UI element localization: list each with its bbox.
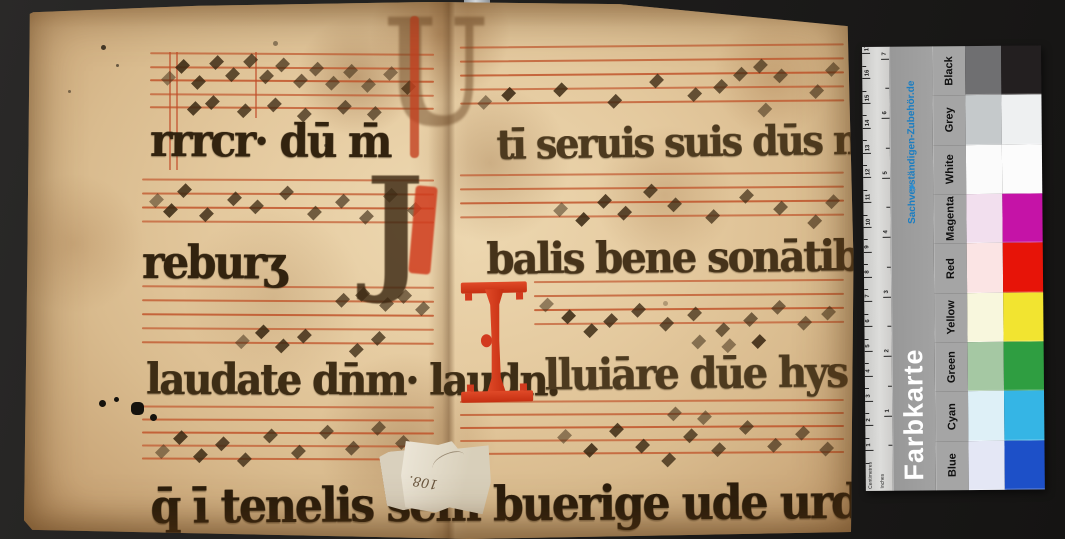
ruler-number-cm: 7 [865, 295, 871, 298]
swatch-full [1004, 391, 1044, 441]
swatch-tint [968, 440, 1005, 490]
swatch-row: Yellow [934, 292, 1043, 342]
ruler-tick-cm [865, 401, 873, 402]
ruler-number-cm: 16 [865, 70, 871, 77]
ruler-number-cm: 1 [866, 443, 872, 446]
swatch-full [1002, 95, 1042, 145]
ruler-tick-cm [865, 425, 873, 426]
swatch-label: Cyan [935, 391, 968, 441]
ruler-number-inch: 2 [885, 349, 891, 352]
swatch-row: Grey [932, 95, 1041, 145]
ruler-tick-cm [865, 376, 873, 377]
swatch-label: Magenta [933, 194, 966, 244]
ruler-tick-inch [883, 356, 891, 357]
swatch-label-text: Black [943, 56, 955, 85]
swatch-full [1003, 243, 1043, 293]
ruler-tick-cm [864, 277, 872, 278]
swatch-label: Blue [935, 441, 968, 491]
ruler-tick-inch [881, 58, 889, 59]
ruler-tick-half-cm [865, 388, 869, 389]
ruler-number-cm: 13 [865, 144, 871, 151]
swatch-full [1004, 341, 1044, 391]
swatch-label-text: Grey [943, 108, 955, 133]
swatch-row: Magenta [933, 193, 1042, 243]
ruler-number-cm: 6 [865, 319, 871, 322]
ruler-number-cm: 4 [865, 369, 871, 372]
swatch-full [1004, 292, 1044, 342]
ruler-number-cm: 14 [865, 119, 871, 126]
ruler-tick-cm [866, 450, 874, 451]
ruler-tick-cm [864, 301, 872, 302]
ruler-number-cm: 9 [864, 245, 870, 248]
ruler-tick-half-cm [865, 363, 869, 364]
ink-blots [24, 2, 27, 5]
swatch-row: Black [932, 45, 1041, 95]
ruler-number-cm: 2 [866, 419, 872, 422]
ruler-tick-cm [863, 128, 871, 129]
ruler-tick-half-cm [865, 438, 869, 439]
swatch-full [1003, 193, 1043, 243]
swatch-row: Red [934, 243, 1043, 293]
swatch-label-text: Magenta [944, 197, 956, 242]
ruler-tick-half-cm [863, 115, 867, 116]
ruler-tick-half-cm [864, 239, 868, 240]
ruler-number-cm: 5 [865, 344, 871, 347]
ruler-tick-half-cm [862, 91, 866, 92]
ruler-number-cm: 3 [866, 394, 872, 397]
ruler-unit-centimetres: Centimetres [868, 462, 874, 489]
swatch-full [1001, 45, 1041, 95]
swatch-tint [966, 243, 1003, 293]
ruler-tick-inch [882, 237, 890, 238]
ruler-tick-half-cm [863, 190, 867, 191]
ruler-tick-cm [864, 227, 872, 228]
ruler-tick-half-cm [863, 215, 867, 216]
swatch-label-text: Red [945, 258, 957, 279]
photograph-scene: rrrcr· dū m̄ tī seruis suis dūs nose reb… [0, 0, 1065, 539]
ruler-tick-inch [881, 118, 889, 119]
swatch-label: Yellow [934, 293, 967, 343]
ruler-tick-cm [864, 252, 872, 253]
ruler-number-cm: 10 [866, 219, 872, 226]
swatch-label: Black [932, 46, 965, 96]
ruler-tick-inch [883, 296, 891, 297]
ruler-number-inch: 1 [885, 409, 891, 412]
ruler-tick-cm [865, 351, 873, 352]
ruler-number-cm: 17 [864, 47, 870, 52]
ruler-tick-half-cm [864, 264, 868, 265]
edge-shading [24, 2, 856, 539]
swatch-row: Blue [935, 440, 1044, 490]
swatch-label: White [933, 145, 966, 195]
ruler-number-inch: 3 [884, 290, 890, 293]
ruler-tick-half-cm [866, 463, 870, 464]
ruler-tick-inch [882, 177, 890, 178]
ruler-tick-half-cm [864, 314, 868, 315]
swatch-row: Green [935, 341, 1044, 391]
ruler-tick-half-cm [862, 66, 866, 67]
swatch-row: Cyan [935, 391, 1044, 441]
swatch-label: Red [934, 243, 967, 293]
ruler-number-cm: 11 [865, 194, 871, 200]
ruler-tick-inch [884, 415, 892, 416]
ruler-number-cm: 12 [865, 169, 871, 176]
ruler-unit-inches: Inches [880, 474, 886, 489]
ruler-number-inch: 7 [882, 52, 888, 55]
ruler-tick-cm [862, 78, 870, 79]
card-middle-strip: Sachverständigen-Zubehör.de ➤ Farbkarte [889, 46, 936, 490]
swatch-label-text: Green [945, 351, 957, 383]
ruler-tick-half-cm [863, 140, 867, 141]
ruler: Centimetres Inches 123456789101112131415… [862, 47, 892, 491]
swatch-label-text: Yellow [945, 300, 957, 334]
ruler-number-inch: 5 [883, 171, 889, 174]
swatch-columns: BlackGreyWhiteMagentaRedYellowGreenCyanB… [932, 45, 1045, 490]
manuscript-bifolium: rrrcr· dū m̄ tī seruis suis dūs nose reb… [24, 2, 856, 539]
ruler-number-inch: 6 [882, 111, 888, 114]
ruler-tick-cm [862, 53, 870, 54]
ruler-tick-cm [863, 177, 871, 178]
ruler-tick-half-cm [865, 339, 869, 340]
ruler-tick-half-cm [864, 289, 868, 290]
ruler-tick-half-cm [865, 413, 869, 414]
color-calibration-card: Centimetres Inches 123456789101112131415… [862, 45, 1045, 491]
swatch-tint [968, 391, 1005, 441]
swatch-tint [967, 292, 1004, 342]
swatch-label-text: Cyan [946, 403, 958, 430]
swatch-label: Grey [932, 95, 965, 145]
ruler-tick-cm [863, 202, 871, 203]
swatch-tint [966, 194, 1003, 244]
card-title: Farbkarte [898, 348, 930, 480]
swatch-tint [965, 46, 1002, 96]
ruler-number-cm: 15 [865, 95, 871, 102]
swatch-tint [965, 95, 1002, 145]
swatch-label-text: White [944, 155, 956, 185]
ruler-number-cm: 8 [865, 270, 871, 273]
swatch-row: White [933, 144, 1042, 194]
swatch-full [1002, 144, 1042, 194]
ruler-tick-cm [863, 153, 871, 154]
ruler-tick-cm [862, 103, 870, 104]
swatch-full [1005, 440, 1045, 490]
swatch-label-text: Blue [946, 454, 958, 478]
ruler-tick-half-cm [863, 165, 867, 166]
brand-text: Sachverständigen-Zubehör.de [906, 81, 918, 224]
swatch-tint [967, 342, 1004, 392]
ruler-tick-cm [864, 326, 872, 327]
ruler-number-inch: 4 [884, 230, 890, 233]
swatch-label: Green [935, 342, 968, 392]
swatch-tint [966, 144, 1003, 194]
brand-logo-icon: ➤ [905, 182, 918, 191]
